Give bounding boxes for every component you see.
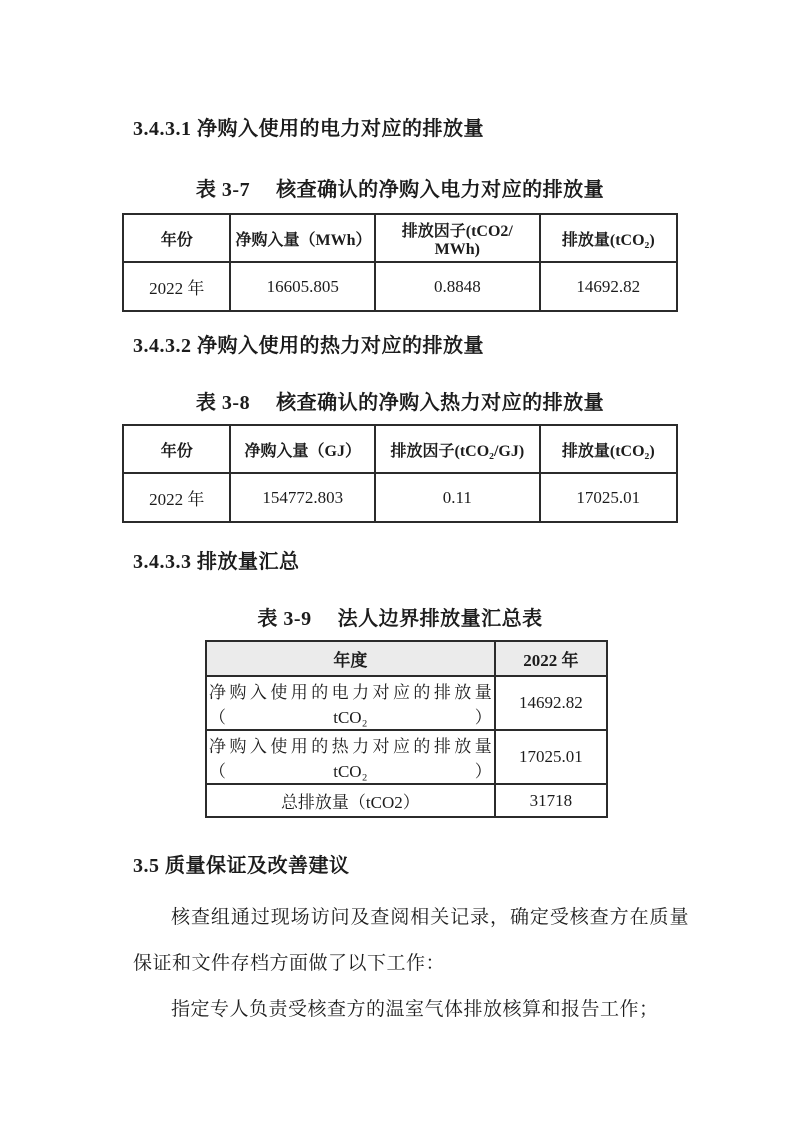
table-39-total-value: 31718 [495, 784, 607, 817]
table-row: 2022 年 16605.805 0.8848 14692.82 [123, 262, 677, 311]
table-38-header-year: 年份 [123, 425, 230, 473]
table-38-caption-label: 表 3-8 [196, 392, 250, 414]
table-38-cell-emission: 17025.01 [540, 473, 677, 522]
table-38-header-factor: 排放因子(tCO₂/GJ) [375, 425, 540, 473]
table-39-total-label: 总排放量（tCO2） [206, 784, 495, 817]
table-37-cell-factor: 0.8848 [375, 262, 540, 311]
body-paragraph-quality-assurance: 核查组通过现场访问及查阅相关记录，确定受核查方在质量保证和文件存档方面做了以下工… [133, 895, 689, 987]
table-37-cell-emission: 14692.82 [540, 262, 677, 311]
table-39-electricity-value: 14692.82 [495, 676, 607, 730]
table-39-caption-label: 表 3-9 [257, 608, 311, 630]
section-heading-3432: 3.4.3.2 净购入使用的热力对应的排放量 [133, 333, 678, 359]
table-37-caption-label: 表 3-7 [196, 179, 250, 201]
table-38: 年份 净购入量（GJ） 排放因子(tCO₂/GJ) 排放量(tCO₂) 2022… [122, 424, 678, 523]
table-39-electricity-label: 净购入使用的电力对应的排放量（tCO₂） [206, 676, 495, 730]
table-39-header-year-label: 年度 [206, 641, 495, 676]
body-paragraph-designated-person: 指定专人负责受核查方的温室气体排放核算和报告工作； [133, 987, 689, 1033]
section-heading-3431: 3.4.3.1 净购入使用的电力对应的排放量 [133, 116, 678, 142]
table-37-header-emission: 排放量(tCO₂) [540, 214, 677, 262]
document-page: 3.4.3.1 净购入使用的电力对应的排放量 表 3-7核查确认的净购入电力对应… [0, 0, 800, 1132]
table-37-header-amount: 净购入量（MWh） [230, 214, 375, 262]
page-content: 3.4.3.1 净购入使用的电力对应的排放量 表 3-7核查确认的净购入电力对应… [0, 0, 800, 1033]
section-heading-35: 3.5 质量保证及改善建议 [133, 853, 678, 879]
table-39-header-year-value: 2022 年 [495, 641, 607, 676]
table-39-caption: 表 3-9法人边界排放量汇总表 [122, 607, 678, 631]
section-heading-3433: 3.4.3.3 排放量汇总 [133, 549, 678, 575]
table-38-header-emission: 排放量(tCO₂) [540, 425, 677, 473]
table-37-header-row: 年份 净购入量（MWh） 排放因子(tCO2/ MWh) 排放量(tCO₂) [123, 214, 677, 262]
table-38-header-amount: 净购入量（GJ） [230, 425, 375, 473]
table-row: 净购入使用的电力对应的排放量（tCO₂） 14692.82 [206, 676, 607, 730]
table-38-cell-year: 2022 年 [123, 473, 230, 522]
table-38-header-row: 年份 净购入量（GJ） 排放因子(tCO₂/GJ) 排放量(tCO₂) [123, 425, 677, 473]
table-row: 总排放量（tCO2） 31718 [206, 784, 607, 817]
table-37-cell-year: 2022 年 [123, 262, 230, 311]
table-37-header-year: 年份 [123, 214, 230, 262]
table-39: 年度 2022 年 净购入使用的电力对应的排放量（tCO₂） 14692.82 … [205, 640, 608, 818]
table-38-caption: 表 3-8核查确认的净购入热力对应的排放量 [122, 391, 678, 415]
table-row: 净购入使用的热力对应的排放量（tCO₂） 17025.01 [206, 730, 607, 784]
table-39-header-row: 年度 2022 年 [206, 641, 607, 676]
table-39-heat-value: 17025.01 [495, 730, 607, 784]
table-37-caption: 表 3-7核查确认的净购入电力对应的排放量 [122, 178, 678, 202]
table-37: 年份 净购入量（MWh） 排放因子(tCO2/ MWh) 排放量(tCO₂) 2… [122, 213, 678, 312]
table-row: 2022 年 154772.803 0.11 17025.01 [123, 473, 677, 522]
table-39-caption-title: 法人边界排放量汇总表 [338, 608, 543, 630]
table-39-heat-label: 净购入使用的热力对应的排放量（tCO₂） [206, 730, 495, 784]
table-37-header-factor: 排放因子(tCO2/ MWh) [375, 214, 540, 262]
table-38-cell-amount: 154772.803 [230, 473, 375, 522]
table-37-caption-title: 核查确认的净购入电力对应的排放量 [276, 179, 604, 201]
table-38-caption-title: 核查确认的净购入热力对应的排放量 [276, 392, 604, 414]
table-38-cell-factor: 0.11 [375, 473, 540, 522]
table-37-cell-amount: 16605.805 [230, 262, 375, 311]
